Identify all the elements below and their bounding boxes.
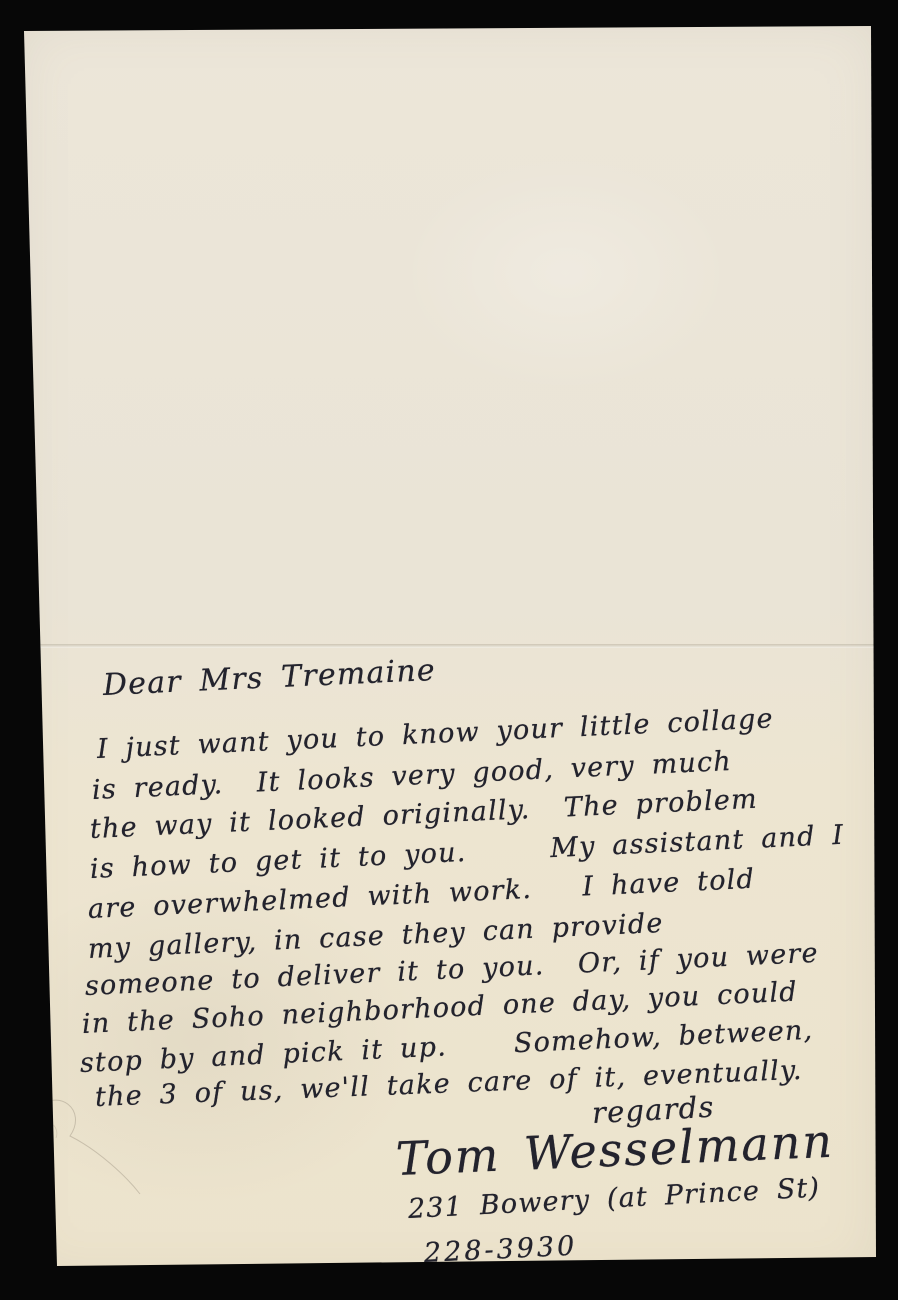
photo-background: Dear Mrs Tremaine I just want you to kno…: [0, 0, 898, 1300]
fold-crease: [23, 644, 876, 648]
letter-paper: Dear Mrs Tremaine I just want you to kno…: [0, 0, 898, 1300]
salutation: Dear Mrs Tremaine: [102, 653, 436, 703]
phone-number: 228-3930: [423, 1231, 578, 1269]
